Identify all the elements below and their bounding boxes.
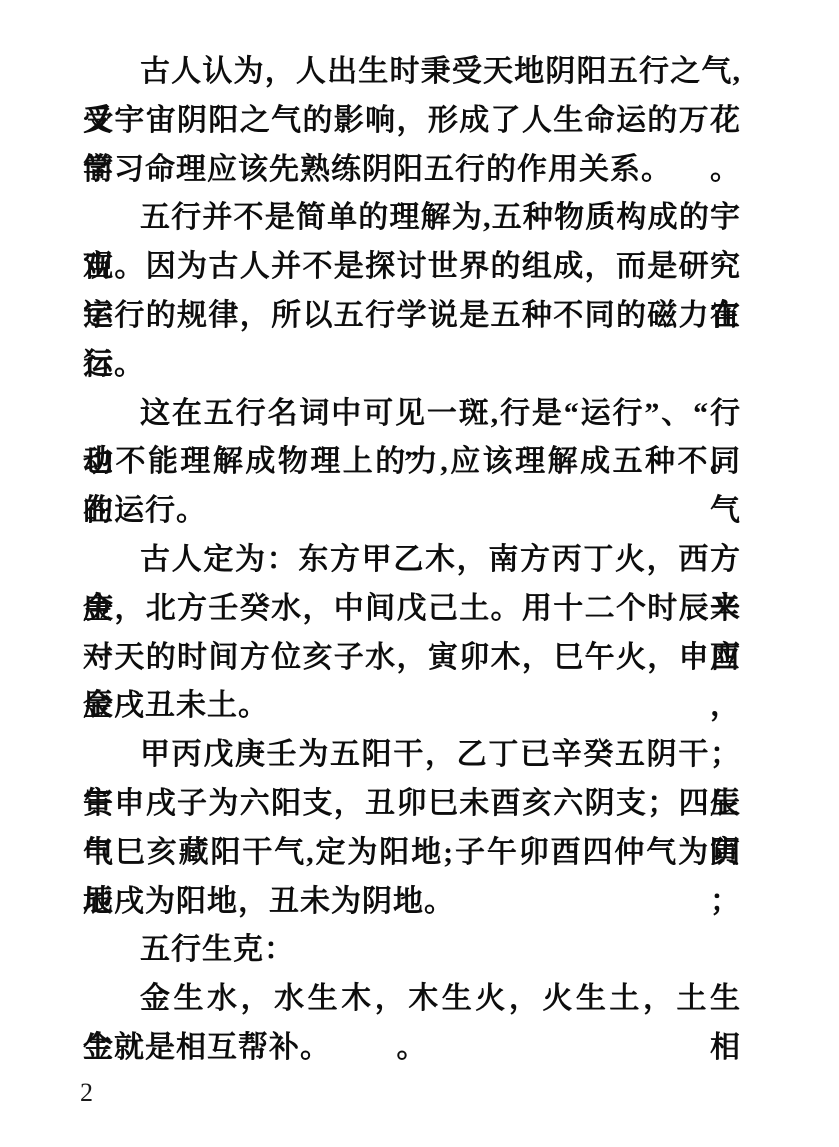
text-line: 金生水，水生木，木生火，火生土，土生金。相 [83, 975, 741, 1024]
text-line: 古人定为：东方甲乙木，南方丙丁火，西方庚辛 [83, 536, 741, 585]
text-line: 一天的时间方位亥子水，寅卯木，巳午火，申酉金， [83, 634, 741, 683]
paragraph: 古人认为，人出生时秉受天地阴阳五行之气,又受宇宙阴阳之气的影响，形成了人生命运的… [83, 48, 741, 194]
document-body: 古人认为，人出生时秉受天地阴阳五行之气,又受宇宙阴阳之气的影响，形成了人生命运的… [83, 48, 741, 1073]
text-line: 受宇宙阴阳之气的影响，形成了人生命运的万花筒。 [83, 97, 741, 146]
text-line: 运行的规律，所以五行学说是五种不同的磁力在运 [83, 292, 741, 341]
text-line: 申巳亥藏阳干气,定为阳地;子午卯酉四仲气为阴地； [83, 829, 741, 878]
text-line: 五行并不是简单的理解为,五种物质构成的宇宙 [83, 194, 741, 243]
paragraph: 五行生克： [83, 926, 741, 975]
paragraph: 金生水，水生木，木生火，火生土，土生金。相生就是相互帮补。 [83, 975, 741, 1073]
text-line: 五行生克： [83, 926, 741, 975]
page-number: 2 [80, 1078, 93, 1108]
paragraph: 甲丙戊庚壬为五阳干，乙丁已辛癸五阴干；寅辰午申戌子为六阳支，丑卯巳未酉亥六阴支；… [83, 731, 741, 926]
text-line: 也不能理解成物理上的力,应该理解成五种不同的气 [83, 438, 741, 487]
paragraph: 五行并不是简单的理解为,五种物质构成的宇宙观。因为古人并不是探讨世界的组成，而是… [83, 194, 741, 389]
paragraph: 古人定为：东方甲乙木，南方丙丁火，西方庚辛金，北方壬癸水，中间戊己土。用十二个时… [83, 536, 741, 731]
text-line: 甲丙戊庚壬为五阳干，乙丁已辛癸五阴干；寅辰 [83, 731, 741, 780]
text-line: 这在五行名词中可见一斑,行是“运行”、“行动”。 [83, 390, 741, 439]
text-line: 观。因为古人并不是探讨世界的组成，而是研究宇宙 [83, 243, 741, 292]
text-line: 学习命理应该先熟练阴阳五行的作用关系。 [83, 146, 741, 195]
text-line: 午申戌子为六阳支，丑卯巳未酉亥六阴支；四生气寅 [83, 780, 741, 829]
paragraph: 这在五行名词中可见一斑,行是“运行”、“行动”。也不能理解成物理上的力,应该理解… [83, 390, 741, 536]
text-line: 行。 [83, 341, 741, 390]
text-line: 金，北方壬癸水，中间戊己土。用十二个时辰来对应 [83, 585, 741, 634]
text-line: 古人认为，人出生时秉受天地阴阳五行之气,又 [83, 48, 741, 97]
document-page: 古人认为，人出生时秉受天地阴阳五行之气,又受宇宙阴阳之气的影响，形成了人生命运的… [0, 0, 839, 1147]
